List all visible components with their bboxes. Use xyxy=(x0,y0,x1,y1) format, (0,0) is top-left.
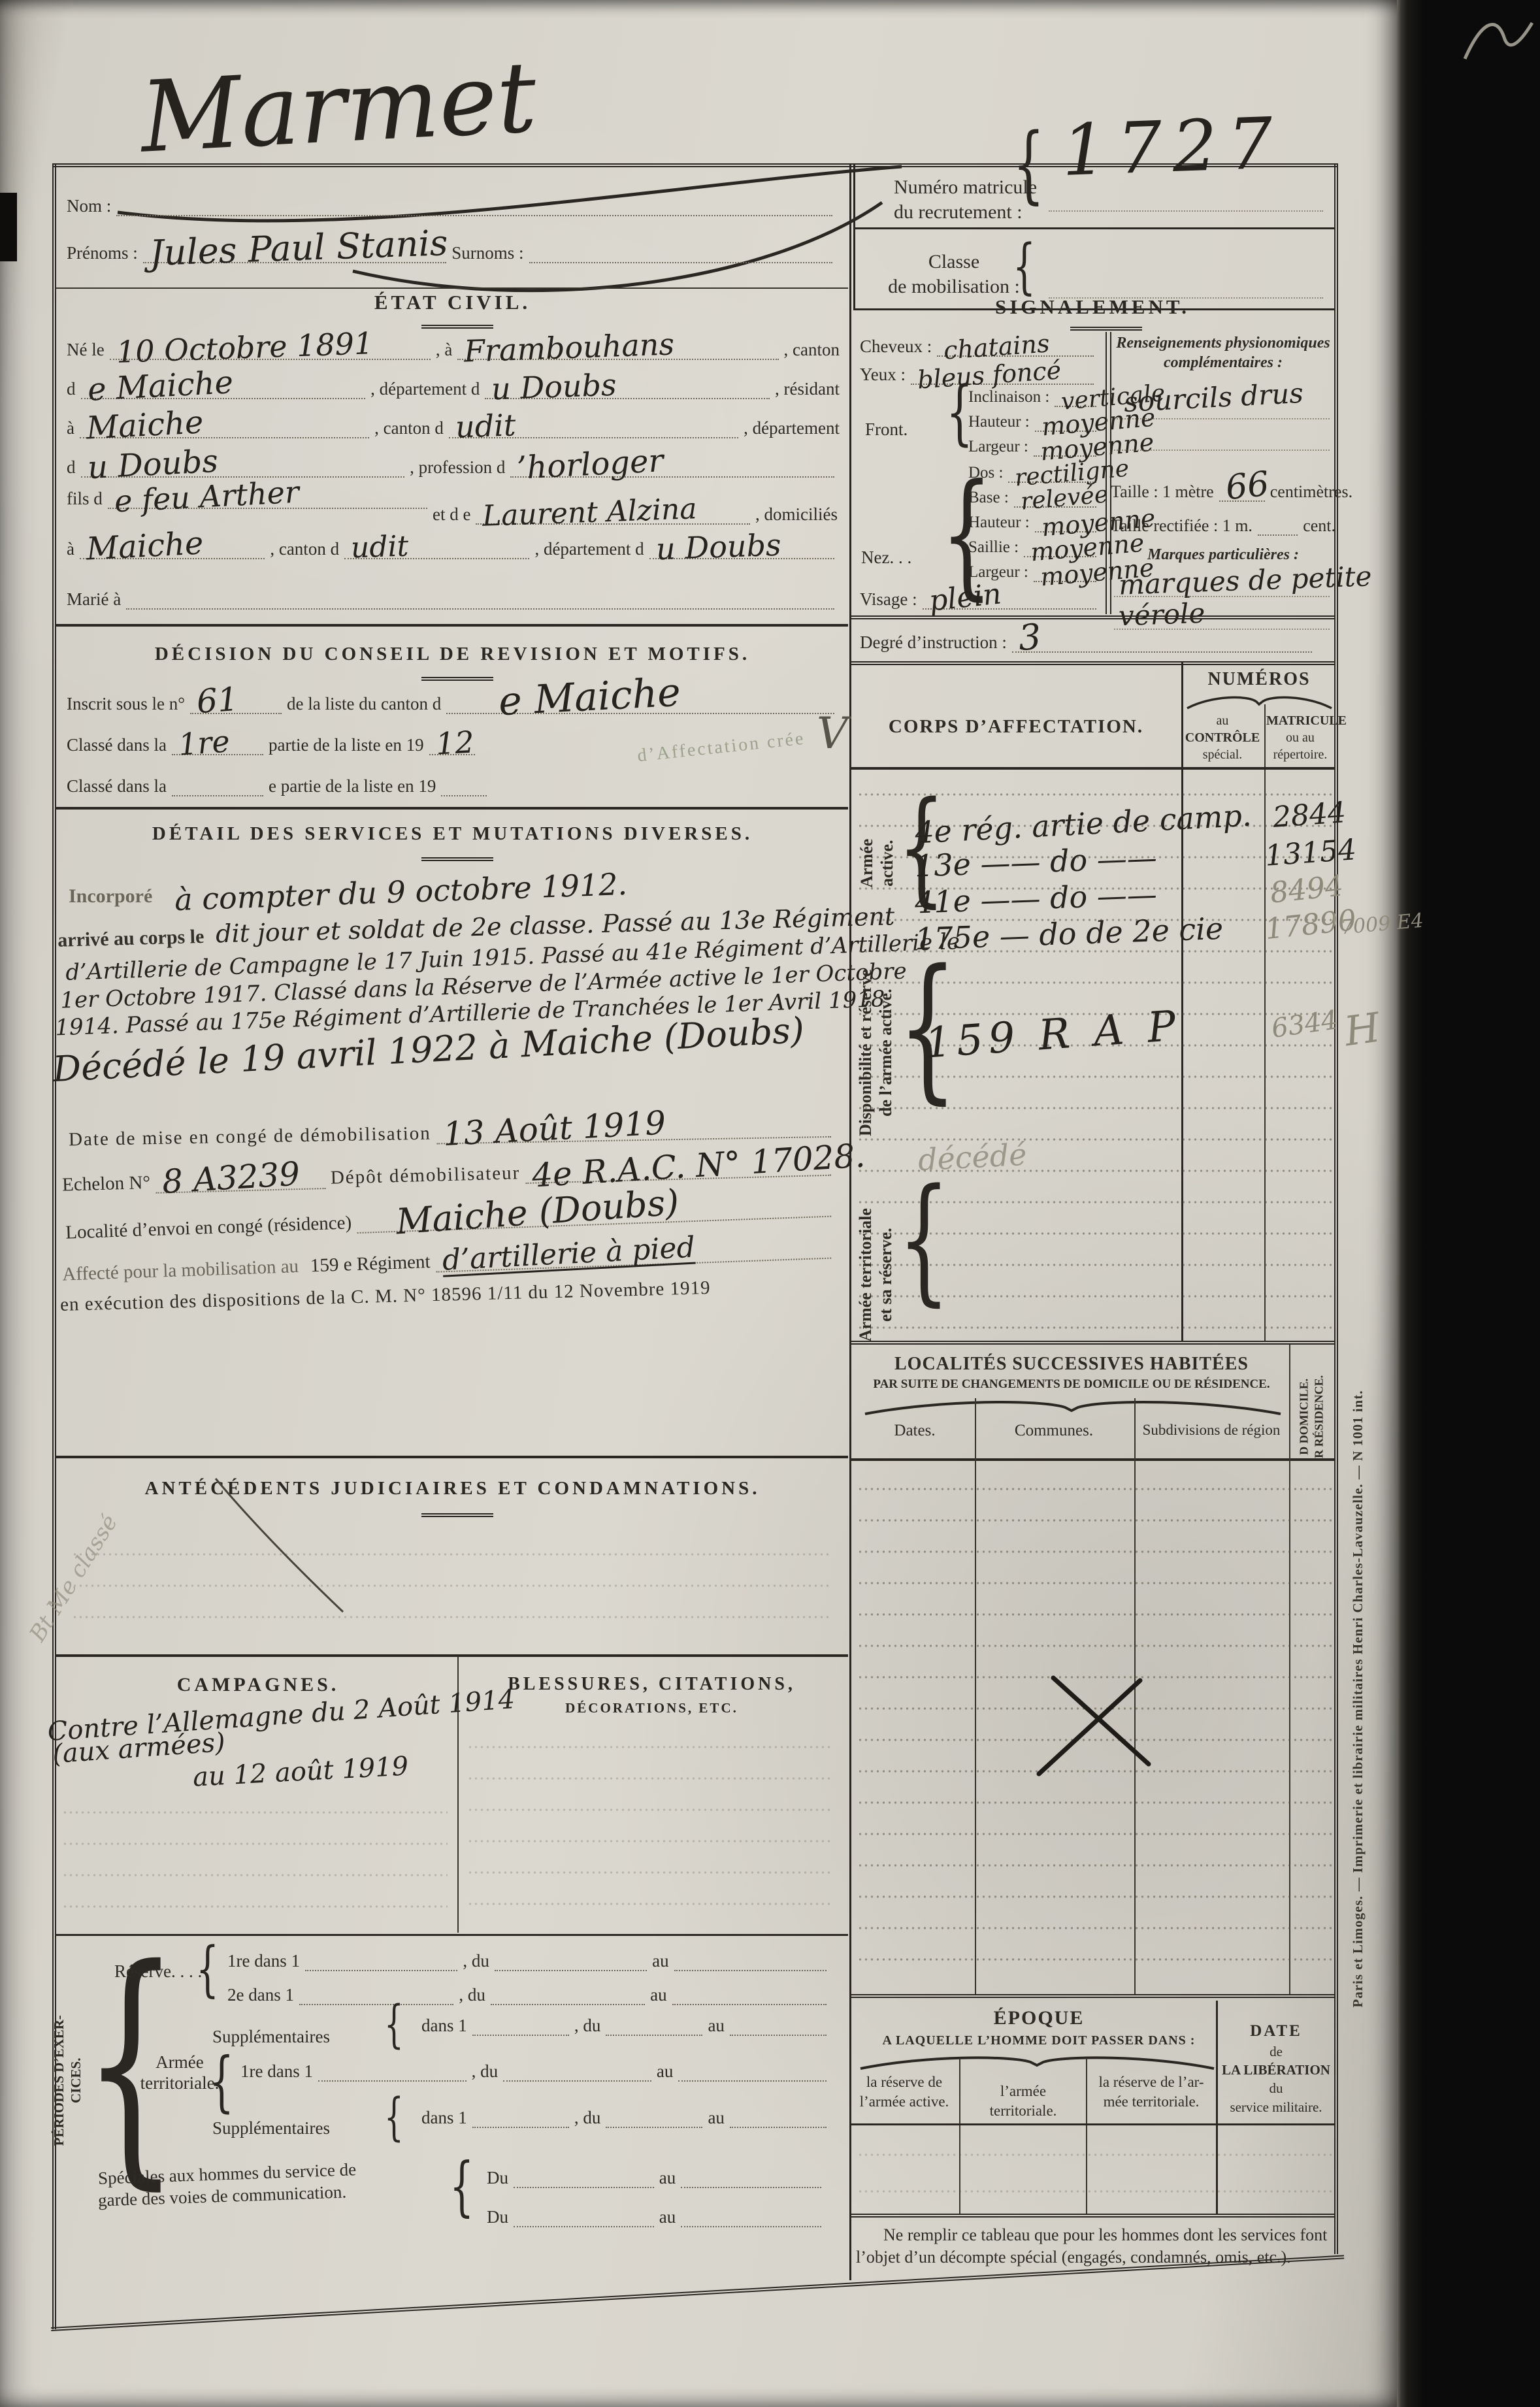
matricule-value: 1727 xyxy=(1060,108,1284,187)
etat-row-3: à Maiche , canton d udit , département xyxy=(67,418,840,438)
reserve-label: Réserve. . . . xyxy=(114,1961,202,1982)
date-line5: service militaire. xyxy=(1221,2098,1332,2116)
liste-canton-line: e Maiche xyxy=(446,709,834,714)
etat-row-4: d u Doubs , profession d ’horloger xyxy=(67,457,840,478)
decision-row-3: Classé dans la e partie de la liste en 1… xyxy=(67,776,655,796)
epoque-ruled-area xyxy=(857,2137,1333,2210)
surnoms-dotted-line xyxy=(529,258,832,263)
classe2-label: Classé dans la xyxy=(67,776,167,796)
base-row: Base : relevée xyxy=(968,489,1102,508)
numeros-header: NUMÉROS xyxy=(1184,669,1334,690)
visage-value: plein xyxy=(928,580,1003,615)
campagnes-ruled-area xyxy=(62,1797,448,1924)
dotted xyxy=(730,2123,827,2128)
cheveux-line: chatains xyxy=(937,352,1094,357)
date-line1: DATE xyxy=(1221,2020,1332,2042)
residence-line: R RÉSIDENCE. xyxy=(1312,1360,1327,1473)
liste-canton-label: de la liste du canton d xyxy=(287,694,441,714)
domicile-line: D DOMICILE. xyxy=(1297,1360,1312,1473)
section-rule-2 xyxy=(56,807,848,810)
departement3-value: u Doubs xyxy=(655,530,781,565)
departement-label: , département d xyxy=(370,379,480,399)
arrive-corps-label: arrivé au corps le xyxy=(57,926,205,951)
canton2-value: udit xyxy=(455,410,516,442)
etat-row-5b: et d e Laurent Alzina , domiciliés xyxy=(433,504,838,525)
canton-line: e Maiche xyxy=(81,394,366,399)
domicilies-label: , domiciliés xyxy=(755,504,838,525)
domicile-value: Maiche xyxy=(86,527,205,565)
header-right-midline xyxy=(853,227,1334,229)
residence-line: Maiche xyxy=(80,433,369,438)
prenoms-label: Prénoms : xyxy=(67,243,138,263)
nez-hauteur-label: Hauteur : xyxy=(968,514,1030,532)
du-label: , du xyxy=(463,1951,489,1971)
reserve-2-label: 2e dans 1 xyxy=(227,1985,294,2005)
date-line3: LA LIBÉRATION xyxy=(1221,2061,1332,2079)
canton2-label: , canton d xyxy=(374,418,444,438)
classe-label: Classe de mobilisation : xyxy=(876,250,1032,299)
base-label: Base : xyxy=(968,489,1009,508)
visage-line: plein xyxy=(923,604,1096,610)
pencil-squiggle xyxy=(1457,10,1540,75)
corps-row-3-number: 8494 xyxy=(1269,872,1345,908)
controle-line1: au xyxy=(1183,712,1262,729)
nez-hauteur-row: Hauteur : moyenne xyxy=(968,514,1102,532)
birthdate-line: 10 Octobre 1891 xyxy=(110,355,431,360)
book-edge xyxy=(1397,0,1540,2407)
taille-value: 66 xyxy=(1224,467,1270,506)
localites-brace xyxy=(864,1397,1282,1415)
d-label: d xyxy=(67,379,76,399)
date-line4: du xyxy=(1221,2079,1332,2097)
degre-value: 3 xyxy=(1017,619,1042,656)
numero-liste-value: 61 xyxy=(195,683,239,718)
taille-rectifiee-line xyxy=(1258,531,1298,536)
dotted xyxy=(305,1966,457,1971)
surnoms-label: Surnoms : xyxy=(451,243,523,263)
territoriale-brace: { xyxy=(209,2049,234,2114)
departement2-label: , département xyxy=(744,418,840,438)
reserve-1-label: 1re dans 1 xyxy=(227,1951,300,1971)
classe1-label: Classé dans la xyxy=(67,735,167,755)
incorpore-label: Incorporé xyxy=(69,885,152,907)
suppl-row-2: dans 1 , du au xyxy=(421,2108,832,2128)
corps-row-2-unit: 13e —— do —— xyxy=(914,843,1157,881)
epoque-subtitle: A LAQUELLE L’HOMME DOIT PASSER DANS : xyxy=(849,2033,1228,2048)
taille-line: 66 xyxy=(1219,497,1265,502)
etat-row-1: Né le 10 Octobre 1891 , à Frambouhans , … xyxy=(67,340,840,360)
territoriale-row-1: 1re dans 1 , du au xyxy=(240,2061,832,2082)
birthplace-line: Frambouhans xyxy=(457,355,778,360)
au-label: au xyxy=(708,2108,724,2128)
taille-rectifiee-row: Taille rectifiée : 1 m. cent. xyxy=(1111,516,1335,536)
domicile-residence-header: D DOMICILE. R RÉSIDENCE. xyxy=(1297,1360,1328,1473)
antecedents-title: ANTÉCÉDENTS JUDICIAIRES ET CONDAMNATIONS… xyxy=(65,1478,840,1499)
marques-value-2: vérole xyxy=(1118,600,1205,630)
signalement-bottom-rule xyxy=(849,615,1335,619)
profession-value: ’horloger xyxy=(516,445,664,484)
dotted xyxy=(318,2076,467,2082)
du-label: , du xyxy=(459,1985,485,2005)
domicile-line: Maiche xyxy=(80,554,265,559)
inclinaison-label: Inclinaison : xyxy=(968,388,1049,407)
speciales-row-2: Du au xyxy=(487,2207,827,2227)
scanned-military-register-page: Marmet Nom : Prénoms : Jules Paul Stanis… xyxy=(0,0,1540,2407)
dotted xyxy=(674,1966,827,1971)
date-line2: de xyxy=(1221,2042,1332,2061)
numero-liste-line: 61 xyxy=(190,709,282,714)
deceased-pencil-note: décédé xyxy=(917,1139,1028,1175)
territoriale-1-label: 1re dans 1 xyxy=(240,2061,313,2082)
epoque-col-1: la réserve de l’armée active. xyxy=(855,2072,954,2112)
suppl-brace-1: { xyxy=(384,1999,404,2050)
classe1-value: 1re xyxy=(177,726,231,759)
au-label: au xyxy=(652,1951,668,1971)
nom-dotted-line xyxy=(116,211,832,216)
du-label: , du xyxy=(574,2016,601,2036)
nez-label: Nez. . . xyxy=(861,548,911,568)
dos-row: Dos : rectiligne xyxy=(968,464,1102,483)
departement-line: u Doubs xyxy=(485,394,770,399)
marie-line xyxy=(126,604,834,610)
canton-value: e Maiche xyxy=(86,367,233,406)
matricule-line3: répertoire. xyxy=(1266,746,1334,763)
disponibilite-side-label: Disponibilité et réserve de l’armée acti… xyxy=(855,902,896,1203)
epoque-col-2: l’armée territoriale. xyxy=(966,2082,1081,2121)
controle-line3: spécial. xyxy=(1183,746,1262,763)
supplementaires-label-2: Supplémentaires xyxy=(212,2118,330,2138)
renseignements-label-2: complémentaires : xyxy=(1111,354,1335,372)
departement3-label: , département d xyxy=(534,539,644,559)
localites-title: LOCALITÉS SUCCESSIVES HABITÉES xyxy=(856,1354,1287,1375)
periodes-side-label: PÉRIODES D’EXER- CICES. xyxy=(50,1969,85,2191)
section-rule-1 xyxy=(56,624,848,627)
periodes-side-line1: PÉRIODES D’EXER- xyxy=(50,1969,67,2191)
dotted xyxy=(514,2183,654,2188)
dates-col-header: Dates. xyxy=(857,1422,972,1441)
etat-row-2: d e Maiche , département d u Doubs , rés… xyxy=(67,379,840,399)
services-title: DÉTAIL DES SERVICES ET MUTATIONS DIVERSE… xyxy=(65,823,840,845)
services-title-dash xyxy=(421,857,493,861)
canton2-line: udit xyxy=(449,433,738,438)
marie-a-label: Marié à xyxy=(67,589,121,610)
corps-row-2-number: 13154 xyxy=(1264,836,1358,871)
dotted xyxy=(681,2222,821,2227)
dos-label: Dos : xyxy=(968,464,1003,483)
nom-label: Nom : xyxy=(67,196,111,216)
communes-col-header: Communes. xyxy=(976,1422,1132,1441)
epoque-col-3: la réserve de l’ar- mée territoriale. xyxy=(1091,2072,1211,2112)
decision-title: DÉCISION DU CONSEIL DE REVISION ET MOTIF… xyxy=(65,644,840,665)
front-hauteur-line: moyenne xyxy=(1035,427,1096,432)
printer-imprint: Paris et Limoges. — Imprimerie et librai… xyxy=(1350,1274,1366,2123)
corps-row-3-unit: 41e —— do —— xyxy=(914,879,1157,918)
blessures-title-1: BLESSURES, CITATIONS, xyxy=(464,1674,840,1695)
saillie-row: Saillie : moyenne xyxy=(968,538,1102,557)
frame-right-border xyxy=(1334,163,1338,2254)
au-label: au xyxy=(659,2207,676,2227)
territoriale-side-brace: { xyxy=(898,1171,950,1308)
dotted xyxy=(472,2123,569,2128)
echelon-value: 8 A3239 xyxy=(161,1158,301,1199)
matricule-line1: MATRICULE xyxy=(1266,712,1334,729)
section-rule-3 xyxy=(56,1456,848,1458)
corps-top-rule xyxy=(849,661,1335,665)
etat-civil-title: ÉTAT CIVIL. xyxy=(65,291,840,314)
dotted xyxy=(678,2076,827,2082)
dotted xyxy=(299,2000,453,2005)
epoque-note-2: l’objet d’un décompte spécial (engagés, … xyxy=(856,2248,1291,2267)
decision-title-dash xyxy=(421,677,493,681)
localites-header-rule xyxy=(849,1458,1335,1461)
et-de-label: et d e xyxy=(433,504,470,525)
saillie-line: moyenne xyxy=(1024,552,1096,557)
matricule-brace: { xyxy=(1013,123,1045,206)
residant-label: , résidant xyxy=(775,379,840,399)
prenoms-row: Prénoms : Jules Paul Stanis Surnoms : xyxy=(67,243,838,263)
localites-top-rule xyxy=(849,1341,1335,1345)
mother-value: Laurent Alzina xyxy=(482,495,698,531)
corps-row-1-number: 2844 xyxy=(1272,798,1347,832)
liste-canton-value: e Maiche xyxy=(498,673,681,722)
stray-ink-stroke xyxy=(196,1473,366,1624)
mother-line: Laurent Alzina xyxy=(476,519,750,525)
classe1-line: 1re xyxy=(172,750,263,755)
main-column-divider xyxy=(849,163,851,2280)
section-rule-4 xyxy=(56,1654,848,1657)
visage-row: Visage : plein xyxy=(860,589,1102,610)
epoque-bottom-rule xyxy=(849,2214,1335,2218)
epoque-date-header: DATE de LA LIBÉRATION du service militai… xyxy=(1221,2020,1332,2116)
nez-largeur-line: moyenne xyxy=(1034,577,1096,582)
cheveux-row: Cheveux : chatains xyxy=(860,336,1099,357)
birthdate-value: 10 Octobre 1891 xyxy=(116,328,374,367)
signalement-divider xyxy=(1106,332,1111,614)
classe-brace: { xyxy=(1013,237,1036,297)
residence-value: Maiche xyxy=(86,406,205,444)
antecedents-ruled-area xyxy=(72,1539,830,1646)
yeux-line: bleus foncé xyxy=(911,380,1094,385)
dotted xyxy=(514,2222,654,2227)
canton-label: , canton xyxy=(784,340,840,360)
dotted xyxy=(606,2123,702,2128)
blessures-title-2: DÉCORATIONS, ETC. xyxy=(464,1700,840,1716)
Du-label: Du xyxy=(487,2168,508,2188)
father-value: e feu Arther xyxy=(114,477,300,517)
departement-value: u Doubs xyxy=(491,370,617,404)
prenoms-value: Jules Paul Stanis xyxy=(149,225,448,271)
name-handwriting: Marmet xyxy=(138,48,538,167)
du-label: , du xyxy=(574,2108,601,2128)
annee1-line: 12 xyxy=(429,750,475,755)
suppl-row-1: dans 1 , du au xyxy=(421,2016,832,2036)
inclinaison-line: verticale xyxy=(1055,402,1096,407)
a2-label: à xyxy=(67,418,74,438)
dans-1-label: dans 1 xyxy=(421,2016,467,2036)
disponibilite-line1: Disponibilité et réserve xyxy=(855,902,876,1203)
blessures-ruled-area xyxy=(467,1731,833,1924)
yeux-row: Yeux : bleus foncé xyxy=(860,365,1099,385)
etat-civil-title-dash xyxy=(421,325,493,329)
scan-notch xyxy=(0,193,17,261)
echelon-label: Echelon N° xyxy=(62,1172,151,1196)
dotted xyxy=(495,1966,647,1971)
departement3-line: u Doubs xyxy=(649,554,834,559)
speciales-row-1: Du au xyxy=(487,2168,827,2188)
epoque-header-rule xyxy=(849,2123,1335,2125)
header-divider xyxy=(853,165,855,308)
localites-subtitle: PAR SUITE DE CHANGEMENTS DE DOMICILE OU … xyxy=(856,1377,1287,1392)
prenoms-dotted-line: Jules Paul Stanis xyxy=(143,258,446,263)
dotted xyxy=(491,2000,645,2005)
suppl-brace-2: { xyxy=(384,2092,404,2143)
front-label: Front. xyxy=(865,419,908,440)
au-label: au xyxy=(708,2016,724,2036)
taille-row: Taille : 1 mètre 66 centimètres. xyxy=(1111,482,1335,502)
dotted xyxy=(672,2000,827,2005)
decision-row-1: Inscrit sous le n° 61 de la liste du can… xyxy=(67,694,840,714)
dotted xyxy=(1114,418,1330,419)
front-largeur-row: Largeur : moyenne xyxy=(968,438,1102,457)
saillie-label: Saillie : xyxy=(968,538,1019,557)
degre-line: 3 xyxy=(1012,647,1312,653)
front-hauteur-label: Hauteur : xyxy=(968,413,1030,432)
classe2-line xyxy=(172,791,263,796)
controle-line2: CONTRÔLE xyxy=(1183,729,1262,746)
a-label: , à xyxy=(436,340,452,360)
fils-de-label: fils d xyxy=(67,489,103,509)
annee2-line xyxy=(441,791,487,796)
matricule-line2: ou au xyxy=(1266,729,1334,746)
speciales-brace: { xyxy=(450,2155,474,2219)
degre-row: Degré d’instruction : 3 xyxy=(860,632,1317,653)
dotted xyxy=(606,2031,702,2036)
dotted xyxy=(1114,596,1330,597)
dotted xyxy=(1114,450,1330,451)
degre-label: Degré d’instruction : xyxy=(860,632,1007,653)
yeux-label: Yeux : xyxy=(860,365,906,385)
taille-label: Taille : 1 mètre xyxy=(1111,482,1214,502)
front-hauteur-row: Hauteur : moyenne xyxy=(968,413,1102,432)
check-mark: V xyxy=(817,712,848,755)
centimetres-label: centimètres. xyxy=(1270,482,1352,502)
dotted xyxy=(503,2076,651,2082)
signalement-title: SIGNALEMENT. xyxy=(849,295,1335,319)
base-line: relevée xyxy=(1014,502,1096,508)
subdivisions-col-header: Subdivisions de région xyxy=(1136,1422,1287,1439)
margin-pencil-note-2: H xyxy=(1342,1007,1383,1053)
dotted xyxy=(1114,629,1330,630)
dotted xyxy=(681,2183,821,2188)
ne-le-label: Né le xyxy=(67,340,105,360)
inscrit-label: Inscrit sous le n° xyxy=(67,694,185,714)
reserve-row-2: 2e dans 1 , du au xyxy=(227,1985,832,2005)
partie-liste-label: partie de la liste en 19 xyxy=(269,735,424,755)
etat-row-7: Marié à xyxy=(67,589,840,610)
signalement-title-dash xyxy=(1070,327,1142,331)
matricule-dotted xyxy=(1049,210,1323,212)
dos-line: rectiligne xyxy=(1008,478,1096,483)
au-label: au xyxy=(650,1985,666,2005)
a3-label: à xyxy=(67,539,74,559)
cheveux-label: Cheveux : xyxy=(860,336,932,357)
canton3-label: , canton d xyxy=(270,539,339,559)
profession-label: , profession d xyxy=(410,457,505,478)
header-bottom-line-left xyxy=(56,287,848,289)
dotted xyxy=(472,2031,569,2036)
nom-row: Nom : xyxy=(67,196,838,216)
etat-row-5: fils d e feu Arther xyxy=(67,489,433,509)
classe-label-line1: Classe xyxy=(876,250,1032,274)
taille-rectifiee-label: Taille rectifiée : 1 m. xyxy=(1111,516,1253,536)
canton3-line: udit xyxy=(344,554,529,559)
renseignements-label-1: Renseignements physionomiques xyxy=(1111,335,1335,353)
annee1-value: 12 xyxy=(434,727,474,759)
decision-row-2: Classé dans la 1re partie de la liste en… xyxy=(67,735,655,755)
reserve-brace: { xyxy=(196,1939,219,1999)
marques-label: Marques particulières : xyxy=(1111,546,1335,565)
services-line-1: Incorporé à compter du 9 octobre 1912. xyxy=(69,877,627,908)
canton3-value: udit xyxy=(350,532,409,563)
controle-header: au CONTRÔLE spécial. xyxy=(1183,712,1262,763)
au-label: au xyxy=(659,2168,676,2188)
birthplace-value: Frambouhans xyxy=(464,329,675,366)
d2-label: d xyxy=(67,457,76,478)
nez-hauteur-line: moyenne xyxy=(1035,527,1096,532)
matricule-col-header: MATRICULE ou au répertoire. xyxy=(1266,712,1334,763)
disponibilite-line2: de l’armée active. xyxy=(876,902,896,1203)
Du-label: Du xyxy=(487,2207,508,2227)
epoque-title: ÉPOQUE xyxy=(849,2007,1228,2030)
du-label: , du xyxy=(472,2061,499,2082)
reserve-row-1: 1re dans 1 , du au xyxy=(227,1951,832,1971)
au-label: au xyxy=(657,2061,673,2082)
front-largeur-line: moyenne xyxy=(1034,451,1096,457)
cent-label: cent. xyxy=(1303,516,1335,536)
epoque-note-1: Ne remplir ce tableau que pour les homme… xyxy=(883,2225,1327,2245)
antecedents-title-dash xyxy=(421,1513,493,1517)
dans-1-label: dans 1 xyxy=(421,2108,467,2128)
echelon-line: 8 A3239 xyxy=(156,1184,325,1194)
localites-bottom-rule xyxy=(849,1994,1335,1998)
etat-row-6: à Maiche , canton d udit , département d… xyxy=(67,539,840,559)
partie-liste2-label: e partie de la liste en 19 xyxy=(269,776,436,796)
epoque-brace xyxy=(859,2053,1215,2070)
front-largeur-label: Largeur : xyxy=(968,438,1028,457)
father-line: e feu Arther xyxy=(108,504,427,509)
corps-affectation-header: CORPS D’AFFECTATION. xyxy=(856,716,1176,738)
regiment-number: 159 e Régiment xyxy=(310,1251,431,1277)
corps-header-rule xyxy=(849,767,1335,770)
departement2-value: u Doubs xyxy=(86,446,218,483)
crossed-out-mark xyxy=(1026,1666,1163,1784)
inclinaison-row: Inclinaison : verticale xyxy=(968,388,1102,407)
dotted xyxy=(730,2031,827,2036)
numeros-brace xyxy=(1186,693,1333,710)
profession-line: ’horloger xyxy=(510,472,834,478)
visage-label: Visage : xyxy=(860,589,917,610)
